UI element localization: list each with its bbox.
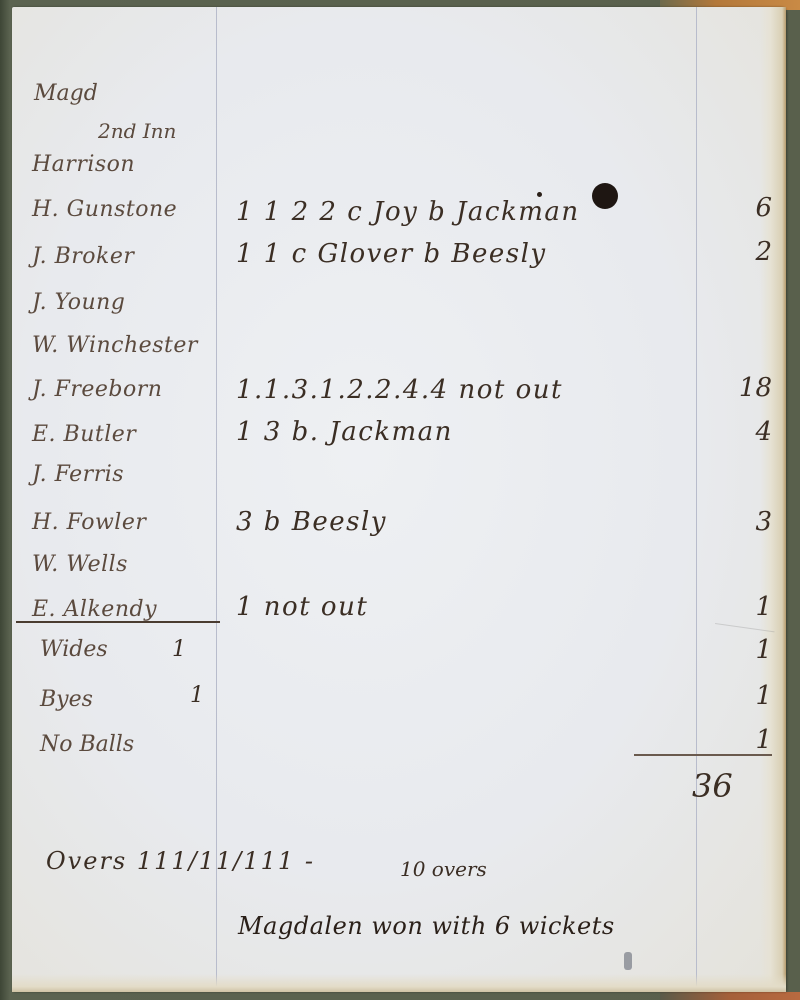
- batsman-name: J. Young: [32, 290, 125, 315]
- batting-underline: [16, 621, 220, 623]
- batsman-name: J. Ferris: [32, 462, 124, 487]
- ink-smudge: [624, 952, 632, 970]
- batsman-name: J. Freeborn: [32, 377, 162, 402]
- total-rule: [634, 754, 772, 756]
- extra-tally-wides: 1: [172, 637, 186, 662]
- extra-runs-wides: 1: [712, 635, 772, 665]
- runs-value: 1: [712, 592, 772, 622]
- batsman-name: E. Alkendy: [32, 597, 157, 622]
- page-bottom-edge: [12, 974, 786, 992]
- batsman-name: W. Wells: [32, 552, 128, 577]
- overs-count: 10 overs: [400, 857, 487, 881]
- batting-detail: 3 b Beesly: [236, 507, 387, 537]
- batsman-name: H. Gunstone: [32, 197, 177, 222]
- column-rule-names: [216, 7, 217, 992]
- extra-label-byes: Byes: [40, 687, 93, 712]
- scorebook-page: Magd 2nd Inn Harrison H. Gunstone J. Bro…: [12, 7, 786, 992]
- runs-value: 18: [712, 373, 772, 403]
- extra-label-no-balls: No Balls: [40, 732, 134, 757]
- runs-value: 6: [712, 193, 772, 223]
- match-result: Magdalen won with 6 wickets: [238, 912, 615, 940]
- batting-detail: 1 not out: [236, 592, 368, 622]
- ink-blot: [592, 183, 618, 209]
- column-rule-runs: [696, 7, 697, 992]
- batting-detail: 1 1 2 2 c Joy b Jackman: [236, 197, 580, 227]
- runs-value: 2: [712, 237, 772, 267]
- runs-value: 3: [712, 507, 772, 537]
- batsman-name: W. Winchester: [32, 333, 198, 358]
- extra-runs-no-balls: 1: [712, 725, 772, 755]
- batting-detail: 1.1.3.1.2.2.4.4 not out: [236, 375, 563, 405]
- overs-tally: Overs 111/11/111 -: [46, 847, 315, 875]
- team-header: Magd: [34, 81, 98, 106]
- extra-tally-byes: 1: [190, 683, 204, 708]
- batsman-name: Harrison: [32, 152, 135, 177]
- batsman-name: E. Butler: [32, 422, 136, 447]
- extra-label-wides: Wides: [40, 637, 108, 662]
- cover-corner-bottom: [660, 992, 800, 1000]
- batting-detail: 1 1 c Glover b Beesly: [236, 239, 547, 269]
- innings-header: 2nd Inn: [98, 119, 176, 143]
- extra-runs-byes: 1: [712, 681, 772, 711]
- batsman-name: J. Broker: [32, 244, 134, 269]
- page-edge: [760, 7, 786, 992]
- batting-detail: 1 3 b. Jackman: [236, 417, 453, 447]
- runs-value: 4: [712, 417, 772, 447]
- batsman-name: H. Fowler: [32, 510, 146, 535]
- innings-total: 36: [692, 767, 733, 805]
